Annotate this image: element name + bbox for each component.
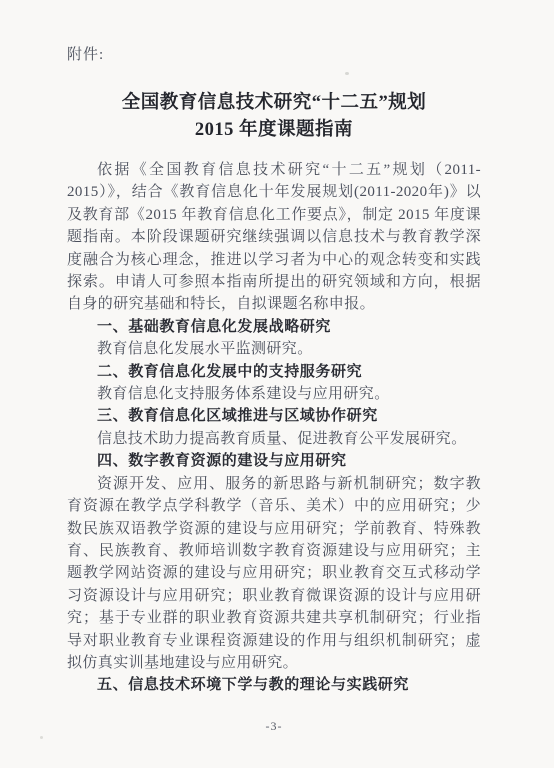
scan-artifact-speck [40,736,43,739]
scanned-document-page: 附件: 全国教育信息技术研究“十二五”规划 2015 年度课题指南 依据《全国教… [0,0,554,768]
document-content: 附件: 全国教育信息技术研究“十二五”规划 2015 年度课题指南 依据《全国教… [67,0,481,697]
section-3-body: 信息技术助力提高教育质量、促进教育公平发展研究。 [67,428,481,450]
document-title: 全国教育信息技术研究“十二五”规划 2015 年度课题指南 [67,90,481,144]
attachment-label: 附件: [67,44,481,66]
section-1-body: 教育信息化发展水平监测研究。 [67,338,481,360]
section-2-heading: 二、教育信息化发展中的支持服务研究 [67,361,481,383]
section-2-body: 教育信息化支持服务体系建设与应用研究。 [67,383,481,405]
document-title-line1: 全国教育信息技术研究“十二五”规划 [67,90,481,117]
section-1-heading: 一、基础教育信息化发展战略研究 [67,316,481,338]
page-number: -3- [67,719,481,734]
section-4-body: 资源开发、应用、服务的新思路与新机制研究；数字教育资源在教学点学科教学（音乐、美… [67,473,481,675]
section-3-heading: 三、教育信息化区域推进与区域协作研究 [67,405,481,427]
document-title-line2: 2015 年度课题指南 [67,117,481,144]
section-4-heading: 四、数字教育资源的建设与应用研究 [67,450,481,472]
intro-paragraph: 依据《全国教育信息技术研究“十二五”规划（2011-2015）》，结合《教育信息… [67,159,481,316]
section-5-heading: 五、信息技术环境下学与教的理论与实践研究 [67,674,481,696]
